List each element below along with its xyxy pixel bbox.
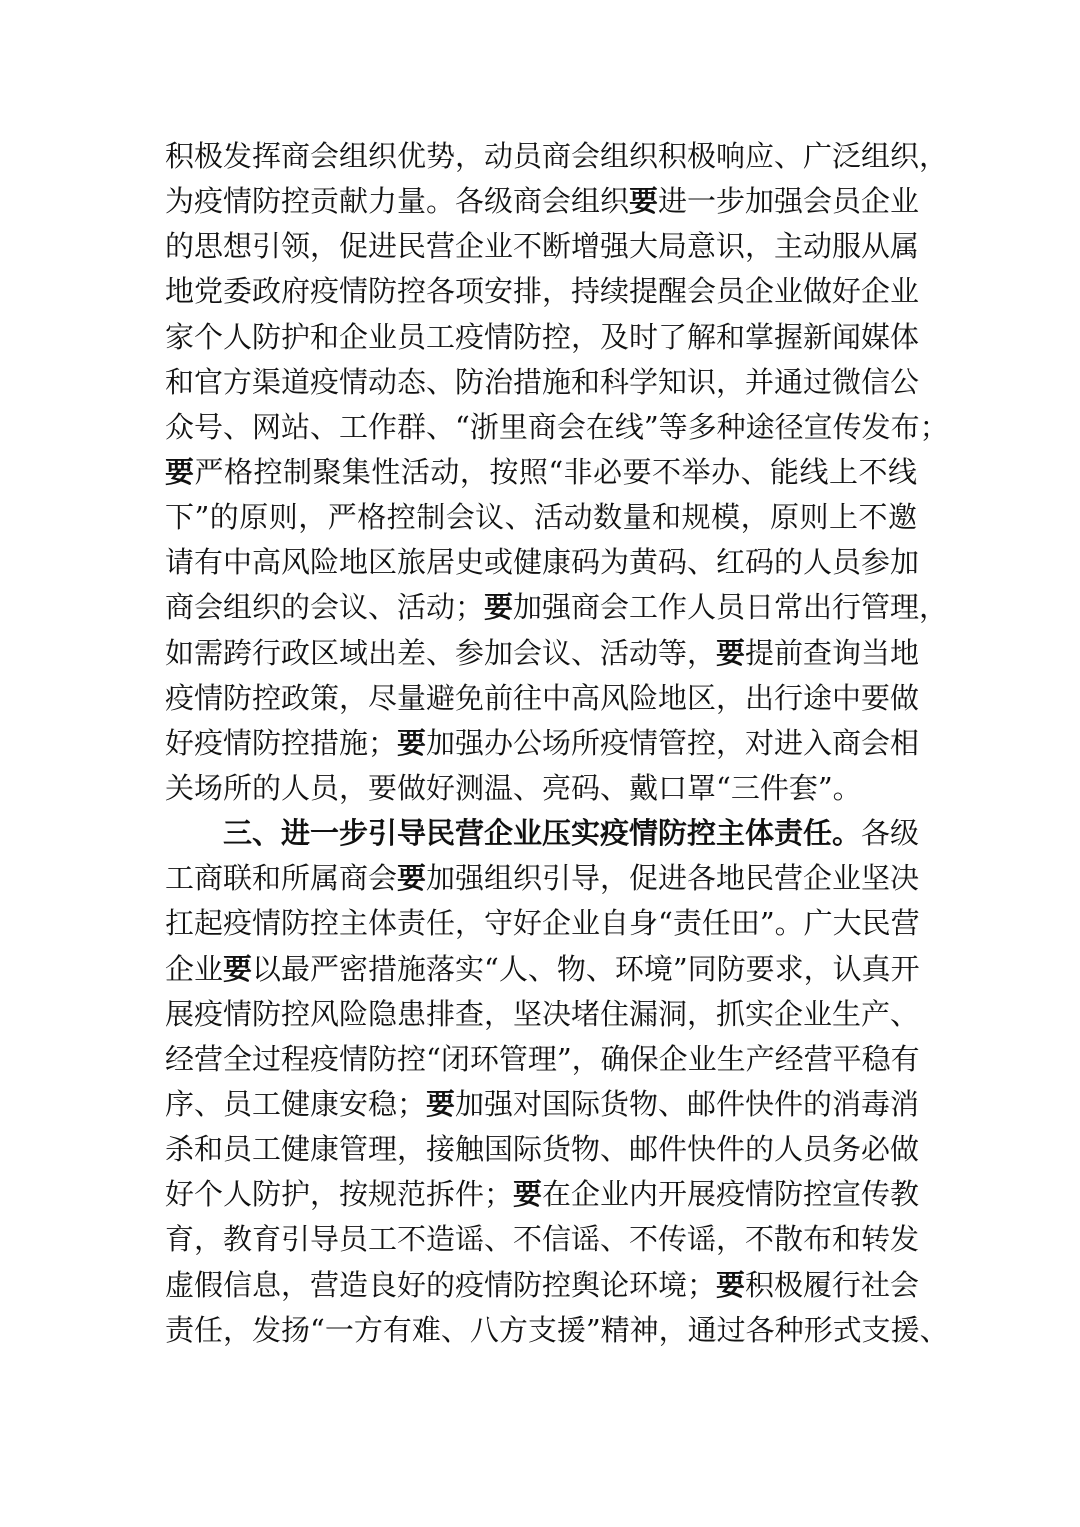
text-segment: 序、员工健康安稳； [165,1087,426,1121]
text-segment: 在企业内开展疫情防控宣传教 [542,1177,919,1211]
text-line: 下”的原则，严格控制会议、活动数量和规模，原则上不邀 [165,495,917,540]
text-line: 请有中高风险地区旅居史或健康码为黄码、红码的人员参加 [165,540,917,585]
text-line: 积极发挥商会组织优势，动员商会组织积极响应、广泛组织， [165,134,917,179]
text-line: 和官方渠道疫情动态、防治措施和科学知识，并通过微信公 [165,360,917,405]
text-segment: 疫情防控政策，尽量避免前往中高风险地区，出行途中要做 [165,681,919,715]
text-line: 众号、网站、工作群、“浙里商会在线”等多种途径宣传发布； [165,405,917,450]
text-segment: 各级 [861,816,919,850]
section-heading: 三、进一步引导民营企业压实疫情防控主体责任。 [223,816,861,850]
text-line: 杀和员工健康管理，接触国际货物、邮件快件的人员务必做 [165,1127,917,1172]
text-line: 工商联和所属商会要加强组织引导，促进各地民营企业坚决 [165,856,917,901]
emphasis-text: 要 [513,1177,542,1211]
text-line: 如需跨行政区域出差、参加会议、活动等，要提前查询当地 [165,631,917,676]
body-text: 积极发挥商会组织优势，动员商会组织积极响应、广泛组织，为疫情防控贡献力量。各级商… [165,134,917,1353]
text-segment: 好疫情防控措施； [165,726,397,760]
text-segment: 加强商会工作人员日常出行管理， [513,590,948,624]
text-line: 展疫情防控风险隐患排查，坚决堵住漏洞，抓实企业生产、 [165,992,917,1037]
text-line: 商会组织的会议、活动；要加强商会工作人员日常出行管理， [165,585,917,630]
text-segment: 家个人防护和企业员工疫情防控，及时了解和掌握新闻媒体 [165,320,919,354]
text-line: 地党委政府疫情防控各项安排，持续提醒会员企业做好企业 [165,269,917,314]
text-segment: 育，教育引导员工不造谣、不信谣、不传谣，不散布和转发 [165,1222,919,1256]
text-segment: 工商联和所属商会 [165,861,397,895]
text-segment: 杀和员工健康管理，接触国际货物、邮件快件的人员务必做 [165,1132,919,1166]
text-segment: 下”的原则，严格控制会议、活动数量和规模，原则上不邀 [165,500,917,534]
text-segment: 经营全过程疫情防控“闭环管理”，确保企业生产经营平稳有 [165,1042,920,1076]
text-line: 好疫情防控措施；要加强办公场所疫情管控，对进入商会相 [165,721,917,766]
text-line: 虚假信息，营造良好的疫情防控舆论环境；要积极履行社会 [165,1263,917,1308]
text-segment: 虚假信息，营造良好的疫情防控舆论环境； [165,1268,716,1302]
text-segment: 扛起疫情防控主体责任，守好企业自身“责任田”。广大民营 [165,906,920,940]
emphasis-text: 要 [426,1087,455,1121]
text-segment: 好个人防护，按规范拆件； [165,1177,513,1211]
text-segment: 如需跨行政区域出差、参加会议、活动等， [165,636,716,670]
text-line: 责任，发扬“一方有难、八方支援”精神，通过各种形式支援、 [165,1308,917,1353]
emphasis-text: 要 [165,455,195,489]
document-page: 积极发挥商会组织优势，动员商会组织积极响应、广泛组织，为疫情防控贡献力量。各级商… [0,0,1080,1527]
emphasis-text: 要 [223,952,252,986]
text-segment: 加强组织引导，促进各地民营企业坚决 [426,861,919,895]
text-segment: 众号、网站、工作群、“浙里商会在线”等多种途径宣传发布； [165,410,949,444]
text-line: 疫情防控政策，尽量避免前往中高风险地区，出行途中要做 [165,676,917,721]
text-line: 要严格控制聚集性活动，按照“非必要不举办、能线上不线 [165,450,917,495]
text-segment: 积极履行社会 [745,1268,919,1302]
emphasis-text: 要 [397,726,426,760]
text-segment: 商会组织的会议、活动； [165,590,484,624]
text-segment: 加强对国际货物、邮件快件的消毒消 [455,1087,919,1121]
text-segment: 展疫情防控风险隐患排查，坚决堵住漏洞，抓实企业生产、 [165,997,919,1031]
text-line: 经营全过程疫情防控“闭环管理”，确保企业生产经营平稳有 [165,1037,917,1082]
text-line: 家个人防护和企业员工疫情防控，及时了解和掌握新闻媒体 [165,315,917,360]
emphasis-text: 要 [716,636,745,670]
text-segment: 加强办公场所疫情管控，对进入商会相 [426,726,919,760]
text-segment: 地党委政府疫情防控各项安排，持续提醒会员企业做好企业 [165,274,919,308]
text-line: 为疫情防控贡献力量。各级商会组织要进一步加强会员企业 [165,179,917,224]
text-segment: 提前查询当地 [745,636,919,670]
text-segment: 的思想引领，促进民营企业不断增强大局意识，主动服从属 [165,229,919,263]
text-segment: 以最严密措施落实“人、物、环境”同防要求，认真开 [252,952,920,986]
text-segment: 为疫情防控贡献力量。各级商会组织 [165,184,629,218]
text-line: 育，教育引导员工不造谣、不信谣、不传谣，不散布和转发 [165,1217,917,1262]
text-line: 企业要以最严密措施落实“人、物、环境”同防要求，认真开 [165,947,917,992]
text-segment: 严格控制聚集性活动，按照“非必要不举办、能线上不线 [195,455,918,489]
text-segment: 和官方渠道疫情动态、防治措施和科学知识，并通过微信公 [165,365,919,399]
text-segment: 企业 [165,952,223,986]
text-line: 关场所的人员，要做好测温、亮码、戴口罩“三件套”。 [165,766,917,811]
text-segment: 请有中高风险地区旅居史或健康码为黄码、红码的人员参加 [165,545,919,579]
text-segment: 关场所的人员，要做好测温、亮码、戴口罩“三件套”。 [165,771,862,805]
section-heading-line: 三、进一步引导民营企业压实疫情防控主体责任。各级 [165,811,917,856]
text-line: 序、员工健康安稳；要加强对国际货物、邮件快件的消毒消 [165,1082,917,1127]
text-segment: 进一步加强会员企业 [658,184,919,218]
emphasis-text: 要 [397,861,426,895]
text-segment: 责任，发扬“一方有难、八方支援”精神，通过各种形式支援、 [165,1313,949,1347]
emphasis-text: 要 [716,1268,745,1302]
text-segment: 积极发挥商会组织优势，动员商会组织积极响应、广泛组织， [165,139,948,173]
text-line: 扛起疫情防控主体责任，守好企业自身“责任田”。广大民营 [165,901,917,946]
emphasis-text: 要 [629,184,658,218]
text-line: 的思想引领，促进民营企业不断增强大局意识，主动服从属 [165,224,917,269]
emphasis-text: 要 [484,590,513,624]
text-line: 好个人防护，按规范拆件；要在企业内开展疫情防控宣传教 [165,1172,917,1217]
